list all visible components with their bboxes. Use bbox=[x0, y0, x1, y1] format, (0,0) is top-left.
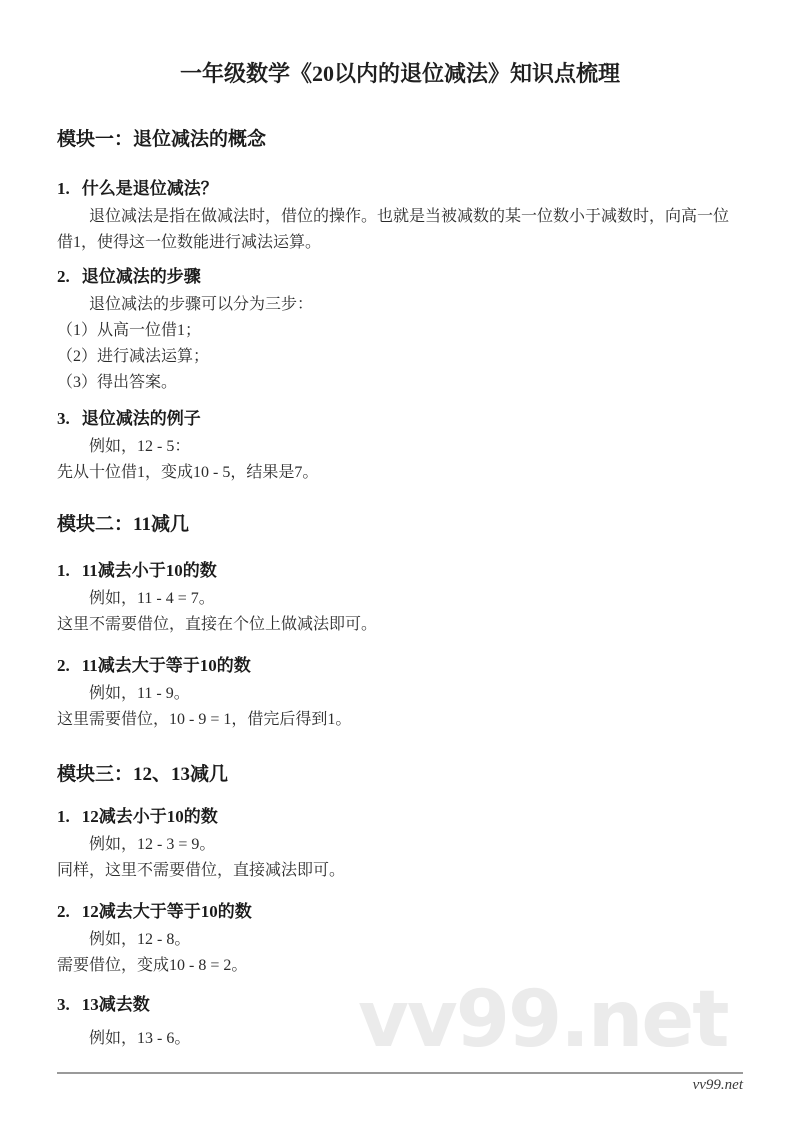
point-number: 1. bbox=[57, 179, 70, 198]
section-module-2: 模块二：11减几 1.11减去小于10的数 例如，11 - 4 = 7。 这里不… bbox=[57, 511, 743, 733]
point-title: 什么是退位减法？ bbox=[82, 179, 218, 198]
explanation-line: 先从十位借1，变成10 - 5，结果是7。 bbox=[57, 460, 743, 486]
point-1-3: 3.退位减法的例子 例如，12 - 5： 先从十位借1，变成10 - 5，结果是… bbox=[57, 406, 743, 486]
point-number: 2. bbox=[57, 902, 70, 921]
step-line: （2）进行减法运算； bbox=[57, 344, 743, 370]
point-title: 12减去大于等于10的数 bbox=[82, 902, 252, 921]
example-line: 例如，11 - 9。 bbox=[57, 681, 743, 707]
section-module-1: 模块一：退位减法的概念 1.什么是退位减法？ 退位减法是指在做减法时，借位的操作… bbox=[57, 126, 743, 486]
point-heading: 1.11减去小于10的数 bbox=[57, 558, 743, 584]
explanation-line: 需要借位，变成10 - 8 = 2。 bbox=[57, 953, 743, 979]
footer-divider bbox=[57, 1072, 743, 1074]
point-number: 1. bbox=[57, 561, 70, 580]
point-title: 11减去小于10的数 bbox=[82, 561, 217, 580]
point-3-1: 1.12减去小于10的数 例如，12 - 3 = 9。 同样，这里不需要借位，直… bbox=[57, 804, 743, 884]
paragraph: 退位减法是指在做减法时，借位的操作。也就是当被减数的某一位数小于减数时，向高一位… bbox=[57, 204, 743, 256]
point-1-2: 2.退位减法的步骤 退位减法的步骤可以分为三步： （1）从高一位借1； （2）进… bbox=[57, 264, 743, 396]
point-heading: 3.13减去数 bbox=[57, 992, 743, 1018]
example-line: 例如，13 - 6。 bbox=[57, 1026, 743, 1052]
example-line: 例如，12 - 3 = 9。 bbox=[57, 832, 743, 858]
example-line: 例如，11 - 4 = 7。 bbox=[57, 586, 743, 612]
point-heading: 1.12减去小于10的数 bbox=[57, 804, 743, 830]
document-content: 一年级数学《20以内的退位减法》知识点梳理 模块一：退位减法的概念 1.什么是退… bbox=[0, 0, 800, 1052]
point-heading: 2.11减去大于等于10的数 bbox=[57, 653, 743, 679]
point-3-3: 3.13减去数 例如，13 - 6。 bbox=[57, 992, 743, 1052]
step-line: （3）得出答案。 bbox=[57, 370, 743, 396]
section-module-3: 模块三：12、13减几 1.12减去小于10的数 例如，12 - 3 = 9。 … bbox=[57, 761, 743, 1052]
explanation-line: 这里不需要借位，直接在个位上做减法即可。 bbox=[57, 612, 743, 638]
footer-site-text: vv99.net bbox=[693, 1077, 743, 1094]
point-heading: 1.什么是退位减法？ bbox=[57, 176, 743, 202]
point-title: 退位减法的步骤 bbox=[82, 267, 201, 286]
point-number: 3. bbox=[57, 409, 70, 428]
example-line: 例如，12 - 8。 bbox=[57, 927, 743, 953]
paragraph: 退位减法的步骤可以分为三步： bbox=[57, 292, 743, 318]
point-heading: 2.12减去大于等于10的数 bbox=[57, 899, 743, 925]
module-3-heading: 模块三：12、13减几 bbox=[57, 761, 743, 789]
point-heading: 3.退位减法的例子 bbox=[57, 406, 743, 432]
point-number: 1. bbox=[57, 807, 70, 826]
module-1-heading: 模块一：退位减法的概念 bbox=[57, 126, 743, 154]
point-title: 13减去数 bbox=[82, 995, 150, 1014]
page-title: 一年级数学《20以内的退位减法》知识点梳理 bbox=[57, 0, 743, 90]
step-line: （1）从高一位借1； bbox=[57, 318, 743, 344]
example-line: 例如，12 - 5： bbox=[57, 434, 743, 460]
document-page: vv99.net 一年级数学《20以内的退位减法》知识点梳理 模块一：退位减法的… bbox=[0, 0, 800, 1130]
point-number: 2. bbox=[57, 656, 70, 675]
point-1-1: 1.什么是退位减法？ 退位减法是指在做减法时，借位的操作。也就是当被减数的某一位… bbox=[57, 176, 743, 256]
point-2-1: 1.11减去小于10的数 例如，11 - 4 = 7。 这里不需要借位，直接在个… bbox=[57, 558, 743, 638]
point-heading: 2.退位减法的步骤 bbox=[57, 264, 743, 290]
point-number: 2. bbox=[57, 267, 70, 286]
point-3-2: 2.12减去大于等于10的数 例如，12 - 8。 需要借位，变成10 - 8 … bbox=[57, 899, 743, 979]
point-number: 3. bbox=[57, 995, 70, 1014]
point-title: 退位减法的例子 bbox=[82, 409, 201, 428]
explanation-line: 这里需要借位，10 - 9 = 1，借完后得到1。 bbox=[57, 707, 743, 733]
point-title: 11减去大于等于10的数 bbox=[82, 656, 251, 675]
module-2-heading: 模块二：11减几 bbox=[57, 511, 743, 539]
point-2-2: 2.11减去大于等于10的数 例如，11 - 9。 这里需要借位，10 - 9 … bbox=[57, 653, 743, 733]
explanation-line: 同样，这里不需要借位，直接减法即可。 bbox=[57, 858, 743, 884]
point-title: 12减去小于10的数 bbox=[82, 807, 218, 826]
